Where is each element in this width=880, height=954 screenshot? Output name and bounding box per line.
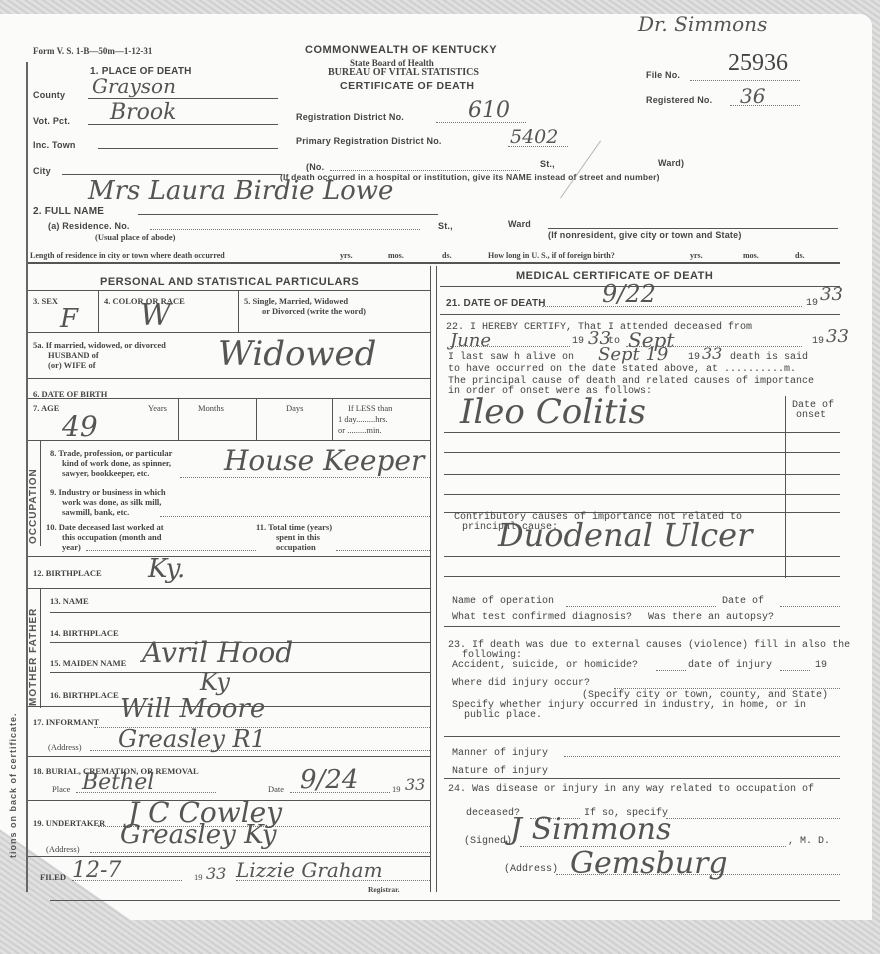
less-than-label-1: If LESS than	[348, 403, 392, 413]
primary-registration-label: Primary Registration District No.	[296, 136, 442, 146]
registration-district-value: 610	[468, 98, 510, 123]
vot-pct-value: Brook	[110, 100, 177, 125]
where-injury-label: Where did injury occur?	[452, 678, 590, 689]
sex-label: 3. SEX	[33, 296, 58, 306]
industry-label-3: sawmill, bank, etc.	[62, 507, 129, 517]
number-label: (No.	[306, 162, 324, 172]
registrar-signature: Lizzie Graham	[236, 858, 383, 882]
marital-status-label-2: or Divorced (write the word)	[262, 306, 366, 316]
registration-district-label: Registration District No.	[296, 112, 404, 122]
manner-of-injury-label: Manner of injury	[452, 748, 548, 759]
trade-label-2: kind of work done, as spinner,	[62, 458, 171, 468]
last-worked-label-3: year)	[62, 542, 81, 552]
birthplace-label: 12. BIRTHPLACE	[33, 568, 102, 578]
days-label: Days	[286, 403, 303, 413]
total-time-label-2: spent in this	[276, 532, 320, 542]
md-label: , M. D.	[788, 836, 830, 847]
margin-note: tions on back of certificate.	[8, 712, 18, 858]
last-saw-label: I last saw h alive on	[448, 352, 574, 363]
residence-ward-label: Ward	[508, 219, 531, 229]
informant-value: Will Moore	[120, 694, 265, 724]
registrar-label: Registrar.	[368, 885, 400, 894]
occurred-line: to have occurred on the date stated abov…	[448, 364, 796, 375]
occupation-side-label: OCCUPATION	[28, 468, 39, 544]
burial-place-label: Place	[52, 784, 70, 794]
form-number: Form V. S. 1-B—50m—1-12-31	[33, 46, 152, 56]
physician-address-value: Gemsburg	[570, 846, 728, 881]
full-name-label: 2. FULL NAME	[33, 206, 104, 217]
spouse-value: Widowed	[218, 334, 376, 374]
burial-date-value: 9/24	[300, 765, 358, 795]
trade-label-1: 8. Trade, profession, or particular	[50, 448, 172, 458]
residence-street-label: St.,	[438, 221, 453, 231]
spouse-label-2: HUSBAND of	[48, 350, 99, 360]
date-of-death-label: 21. DATE OF DEATH	[446, 298, 546, 309]
residence-label: (a) Residence. No.	[48, 221, 130, 231]
operation-label: Name of operation	[452, 596, 554, 607]
mother-birthplace-value: Ky	[200, 668, 230, 696]
bureau-title: BUREAU OF VITAL STATISTICS	[328, 67, 479, 78]
undertaker-address-label: (Address)	[46, 844, 80, 854]
center-divider	[436, 266, 437, 892]
trade-value: House Keeper	[224, 444, 424, 477]
years-label: Years	[148, 403, 167, 413]
foreign-birth-label: How long in U. S., if of foreign birth?	[488, 251, 615, 260]
date-of-death-year: 33	[820, 284, 843, 305]
spouse-label-1: 5a. If married, widowed, or divorced	[33, 340, 166, 350]
age-value: 49	[62, 410, 98, 443]
diagnosis-label: What test confirmed diagnosis?	[452, 612, 632, 623]
race-value: W	[140, 298, 171, 333]
last-saw-value: Sept 19	[598, 344, 668, 365]
nonresident-note: (If nonresident, give city or town and S…	[548, 230, 742, 240]
attended-from-value: June	[450, 330, 491, 351]
burial-date-label: Date	[268, 784, 284, 794]
annotation-dr-simmons: Dr. Simmons	[638, 12, 767, 36]
months-label: Months	[198, 403, 224, 413]
length-of-residence-label: Length of residence in city or town wher…	[30, 251, 225, 260]
mother-maiden-name-value: Avril Hood	[142, 636, 293, 669]
spouse-label-3: (or) WIFE of	[48, 360, 96, 370]
age-label: 7. AGE	[33, 403, 59, 413]
contributory-cause-value: Duodenal Ulcer	[498, 516, 752, 554]
undertaker-label: 19. UNDERTAKER	[33, 818, 105, 828]
street-label: St.,	[540, 159, 555, 169]
undertaker-address-value: Greasley Ky	[120, 820, 277, 850]
informant-address-value: Greasley R1	[118, 725, 266, 753]
registered-no-label: Registered No.	[646, 95, 712, 105]
last-worked-label-2: this occupation (month and	[62, 532, 161, 542]
burial-year-value: 33	[405, 775, 425, 794]
operation-date-label: Date of	[722, 596, 764, 607]
mother-maiden-name-label: 15. MAIDEN NAME	[50, 658, 126, 668]
trade-label-3: sawyer, bookkeeper, etc.	[62, 468, 149, 478]
attended-to-year: 33	[826, 326, 849, 347]
physician-signature: J Simmons	[510, 812, 671, 847]
less-than-label-2: 1 day.........hrs.	[338, 414, 388, 424]
father-name-label: 13. NAME	[50, 596, 89, 606]
center-divider-inner	[430, 266, 431, 892]
city-label: City	[33, 166, 51, 176]
informant-label: 17. INFORMANT	[33, 717, 99, 727]
last-saw-year: 33	[702, 344, 722, 363]
nature-of-injury-label: Nature of injury	[452, 766, 548, 777]
registered-number: 36	[740, 84, 765, 108]
birthplace-value: Ky.	[148, 554, 185, 584]
industry-label-2: work was done, as silk mill,	[62, 497, 161, 507]
sex-value: F	[60, 304, 78, 334]
father-birthplace-label: 14. BIRTHPLACE	[50, 628, 119, 638]
total-time-label-3: occupation	[276, 542, 316, 552]
filed-label: FILED	[40, 872, 66, 882]
informant-address-label: (Address)	[48, 742, 82, 752]
industry-label-1: 9. Industry or business in which	[50, 487, 166, 497]
file-no-label: File No.	[646, 70, 680, 80]
marital-status-label-1: 5. Single, Married, Widowed	[244, 296, 348, 306]
ward-label: Ward)	[658, 158, 684, 168]
filed-year-value: 33	[206, 864, 226, 883]
injury-date-label: date of injury	[688, 660, 772, 671]
county-label: County	[33, 90, 65, 100]
inc-town-label: Inc. Town	[33, 140, 76, 150]
vot-pct-label: Vot. Pct.	[33, 116, 70, 126]
primary-registration-value: 5402	[510, 126, 558, 148]
less-than-label-3: or .........min.	[338, 425, 382, 435]
file-number: 25936	[728, 50, 788, 77]
certificate-title: CERTIFICATE OF DEATH	[340, 80, 474, 92]
burial-place-value: Bethel	[82, 770, 154, 795]
last-worked-label-1: 10. Date deceased last worked at	[46, 522, 164, 532]
autopsy-label: Was there an autopsy?	[648, 612, 774, 623]
accident-label: Accident, suicide, or homicide?	[452, 660, 638, 671]
commonwealth-title: COMMONWEALTH OF KENTUCKY	[305, 44, 497, 56]
parents-side-label: MOTHER FATHER	[28, 608, 39, 706]
total-time-label-1: 11. Total time (years)	[256, 522, 332, 532]
signed-label: (Signed)	[464, 836, 512, 847]
mother-birthplace-label: 16. BIRTHPLACE	[50, 690, 119, 700]
residence-sublabel: (Usual place of abode)	[95, 232, 176, 242]
specify-injury-label-2: public place.	[464, 710, 542, 721]
personal-section-title: PERSONAL AND STATISTICAL PARTICULARS	[100, 276, 359, 288]
full-name-value: Mrs Laura Birdie Lowe	[88, 176, 393, 206]
date-of-death-value: 9/22	[602, 280, 656, 308]
principal-cause-value: Ileo Colitis	[460, 392, 646, 432]
occupation-related-label: 24. Was disease or injury in any way rel…	[448, 784, 814, 795]
county-value: Grayson	[92, 74, 176, 98]
physician-address-label: (Address)	[504, 864, 558, 875]
date-of-onset-label-2: onset	[796, 410, 826, 421]
